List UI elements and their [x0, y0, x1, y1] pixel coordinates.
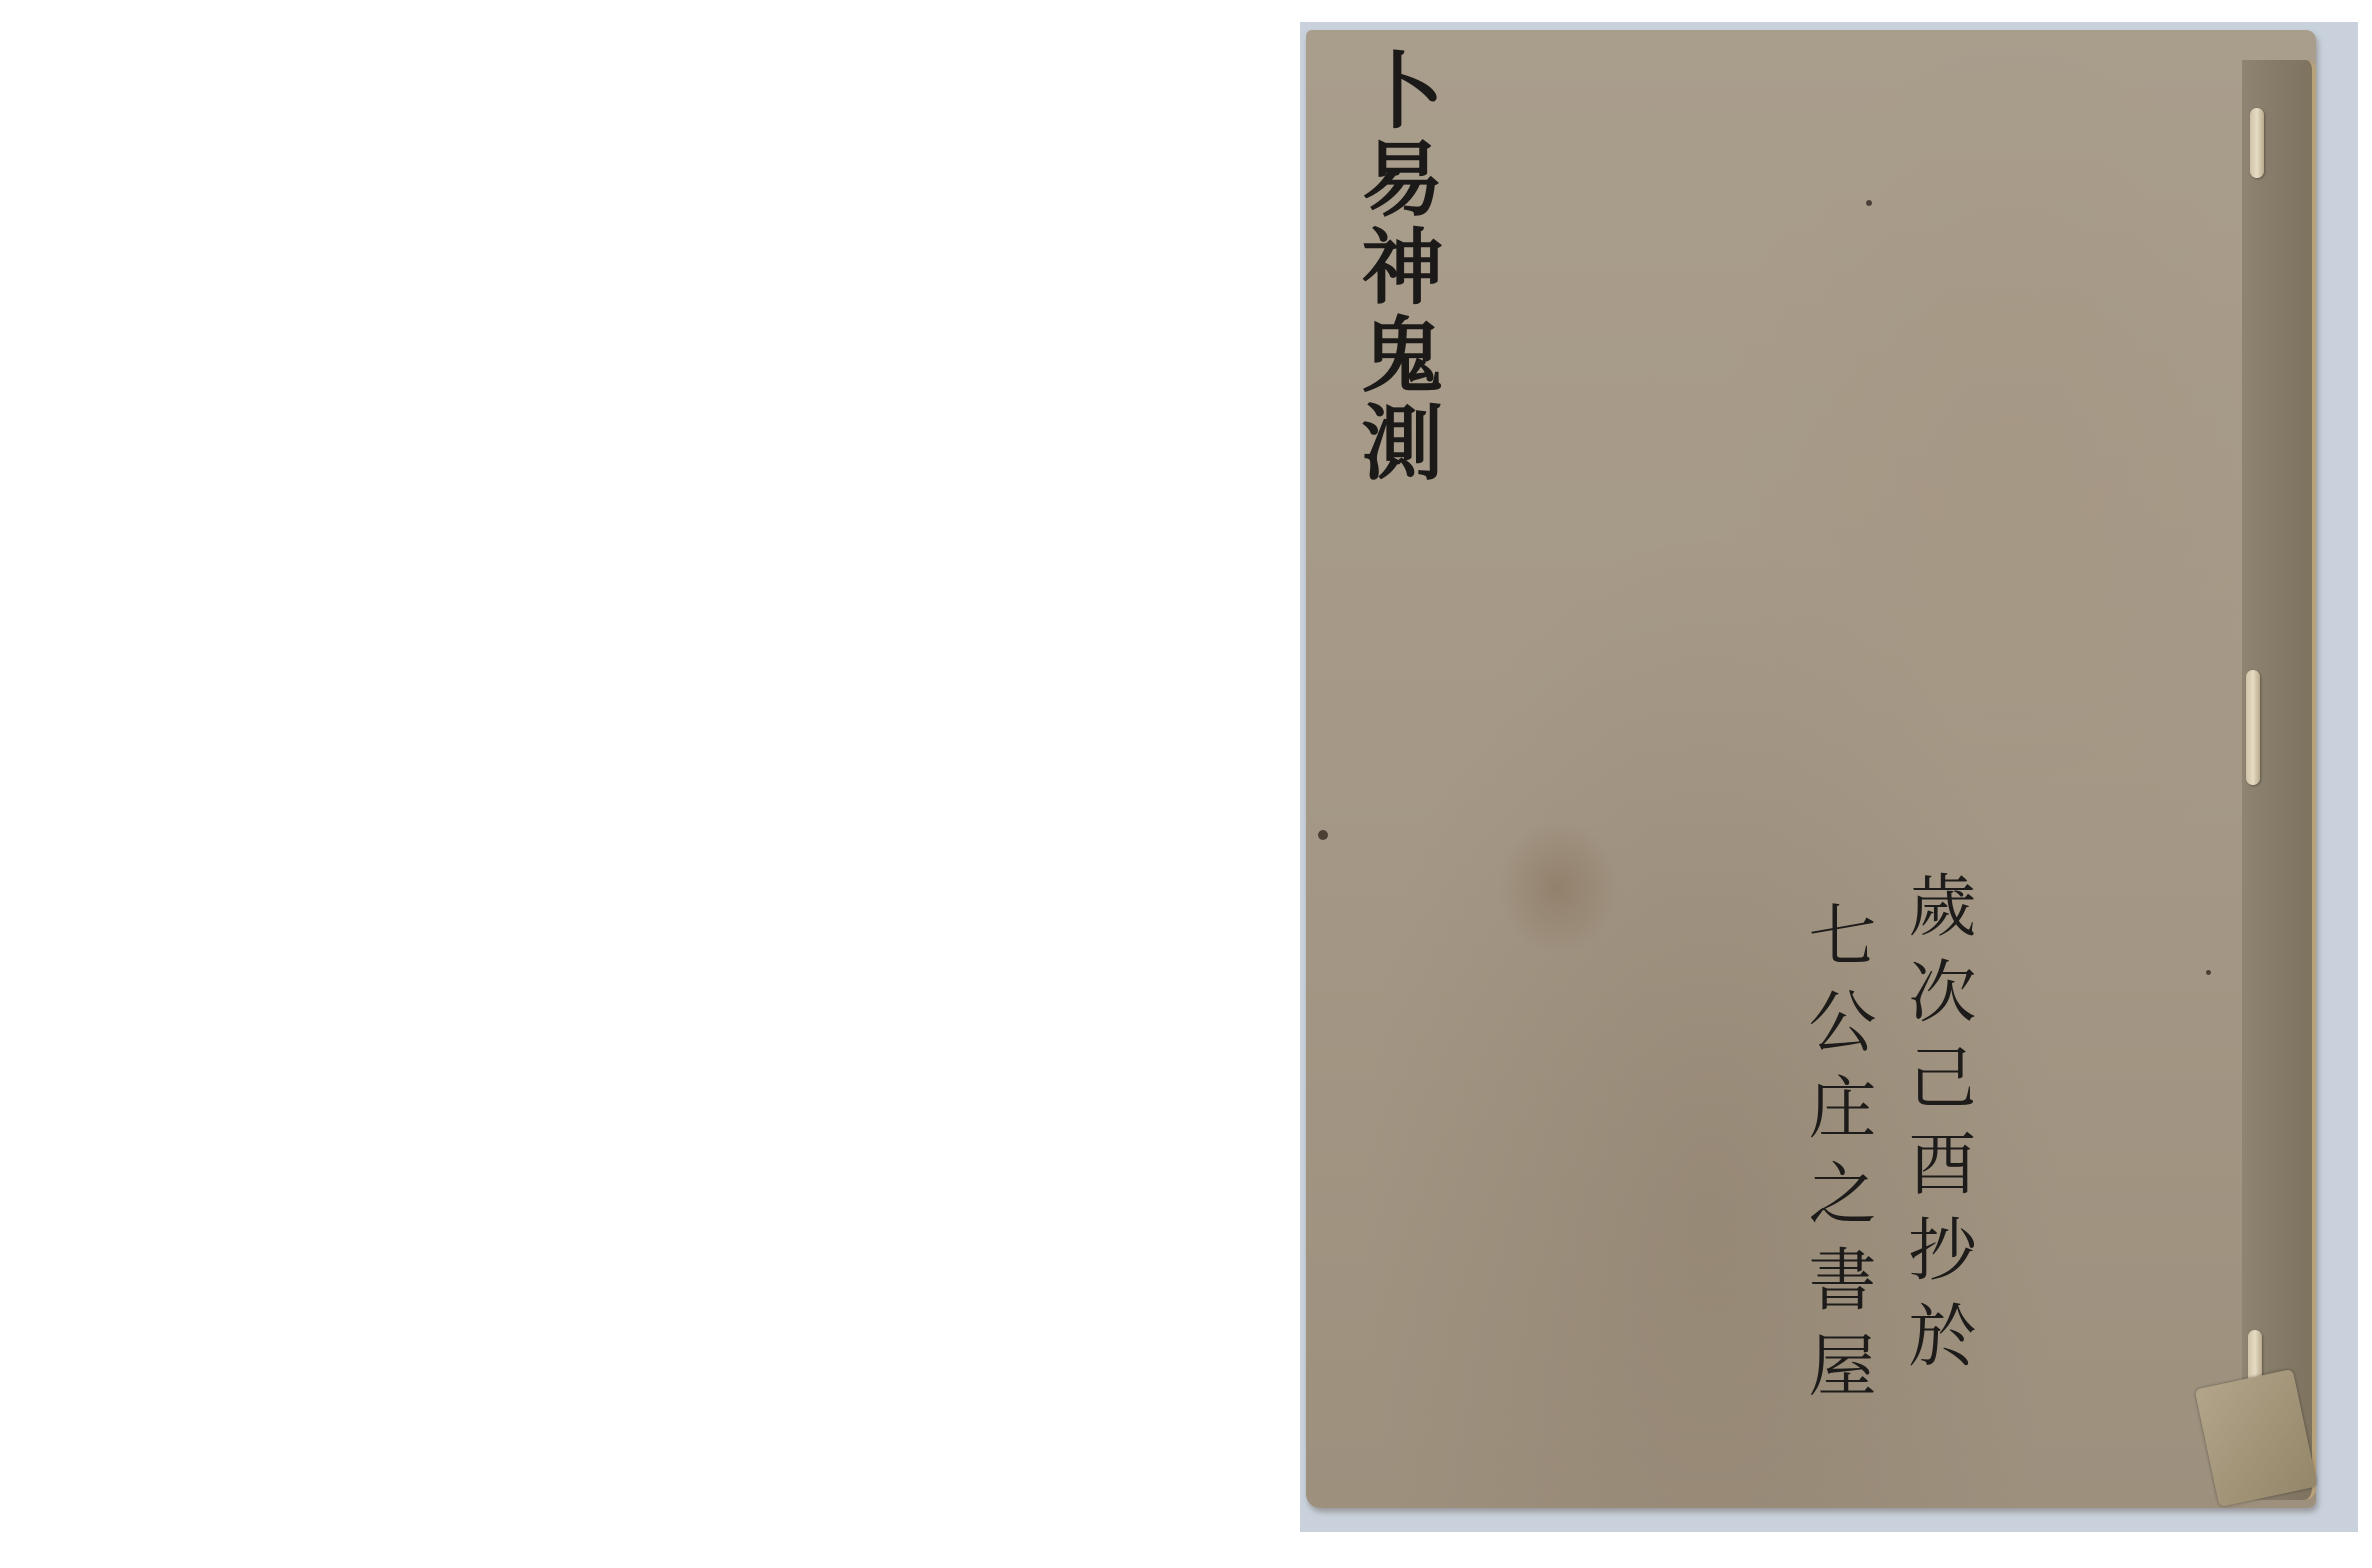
book-photo: 卜易神鬼測 歲次己酉抄於 七公庄之書屋: [1300, 22, 2358, 1532]
binding-stitch-top: [2250, 108, 2264, 178]
paper-speck: [1318, 830, 1328, 840]
paper-speck: [1866, 200, 1872, 206]
book-cover: 卜易神鬼測 歲次己酉抄於 七公庄之書屋: [1306, 30, 2316, 1508]
paper-speck: [2206, 970, 2211, 975]
book-title: 卜易神鬼測: [1346, 48, 1446, 488]
inscription-place-column: 七公庄之書屋: [1796, 900, 1876, 1416]
binding-stitch-middle: [2246, 670, 2260, 785]
inscription-date-column: 歲次己酉抄於: [1896, 870, 1976, 1386]
